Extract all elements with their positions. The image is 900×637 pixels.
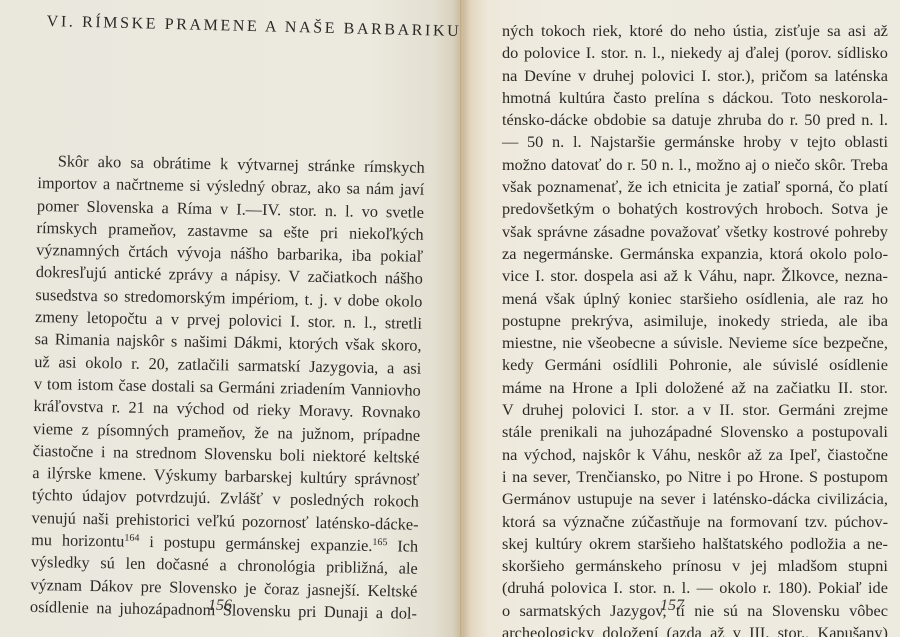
right-page-body: nýchtokochriek,ktorédonehoústia,zisťujes… xyxy=(502,20,888,637)
text-line: stáleprenikalinajuhozápadnéSlovenskoapos… xyxy=(502,421,888,443)
text-line: miestne,nievšeobecneasúvisle.Neviemesíce… xyxy=(502,332,888,354)
book-gutter xyxy=(460,0,463,637)
text-line: predovšetkýmobohatýchkostrovýchhroboch.S… xyxy=(502,198,888,220)
text-line: zanegermánske.Germánskaexpanzia,ktoráoko… xyxy=(502,243,888,265)
page-number-right: 157 xyxy=(660,597,684,615)
text-line: navýchod,najskôrkVáhu,neskôražzaIpeľ,čia… xyxy=(502,444,888,466)
text-line: nýchtokochriek,ktorédonehoústia,zisťujes… xyxy=(502,20,888,42)
text-line: (druhápolovicaI.stor.n.l.—okolor.180).Po… xyxy=(502,577,888,599)
text-line: možnodatovaťdor.50n.l.,možnoajoniečoskôr… xyxy=(502,154,888,176)
text-line: dopoloviceI.stor.n.l.,niekedyajďalej(por… xyxy=(502,42,888,64)
text-line: ktorásavýznačnezúčastňujenaformovanítzv.… xyxy=(502,511,888,533)
text-line: Germánovustupujenaseverilaténsko-dáckaci… xyxy=(502,488,888,510)
text-line: postupneprekrýva,asimiluje,inokedystried… xyxy=(502,310,888,332)
text-line: menávšakúplnýkoniecstaršiehoosídlenia,al… xyxy=(502,288,888,310)
text-line: inasever,Trenčiansko,poNitreipoHrone.Spo… xyxy=(502,466,888,488)
text-line: viceI.stor.dospelaasiažkVáhu,napr.Žlkovc… xyxy=(502,265,888,287)
text-line: —50n.l.Najstaršiegermánskehrobyvtejtoobl… xyxy=(502,131,888,153)
text-line: ténsko-dáckeobdobiesadatujezhrubador.50p… xyxy=(502,109,888,131)
text-line: hmotnákultúračastoprelínasdáckou.Totones… xyxy=(502,87,888,109)
text-line: kedyGermániosídliliPohronie,alesúvisléos… xyxy=(502,354,888,376)
text-line: všaksprávnezásadnepovažovaťvšetkykostrov… xyxy=(502,221,888,243)
text-line: archeologickydoložení(azdaažvIII.stor.,K… xyxy=(502,622,888,637)
left-page: VI. RÍMSKE PRAMENE A NAŠE BARBARIKUM Skô… xyxy=(0,0,462,637)
text-line: naDevínevdruhejpoloviciI.stor.),pričomsa… xyxy=(502,65,888,87)
left-page-body: Skôrakosaobrátimekvýtvarnejstránkerímsky… xyxy=(30,150,425,625)
text-line: mámenaHroneaIplidoloženéažnazačiatkuII.s… xyxy=(502,377,888,399)
text-line: VdruhejpoloviciI.stor.avII.stor.Germániz… xyxy=(502,399,888,421)
right-page: nýchtokochriek,ktorédonehoústia,zisťujes… xyxy=(462,0,900,637)
page-number-left: 156 xyxy=(208,597,232,615)
running-head: VI. RÍMSKE PRAMENE A NAŠE BARBARIKUM xyxy=(47,13,479,42)
footnote-reference: 164 xyxy=(124,533,139,544)
text-line: skoršiehogermánskehoprínosuvjejmladšomst… xyxy=(502,555,888,577)
book-spread: VI. RÍMSKE PRAMENE A NAŠE BARBARIKUM Skô… xyxy=(0,0,900,637)
text-line: skejkultúryokremstaršiehohalštatskéhopod… xyxy=(502,533,888,555)
footnote-reference: 165 xyxy=(372,537,387,548)
text-line: osarmatskýchJazygov,tíniesúnaSlovenskuvô… xyxy=(502,600,888,622)
text-line: všakpoznamenať,žeichetnicitajezatiaľspor… xyxy=(502,176,888,198)
